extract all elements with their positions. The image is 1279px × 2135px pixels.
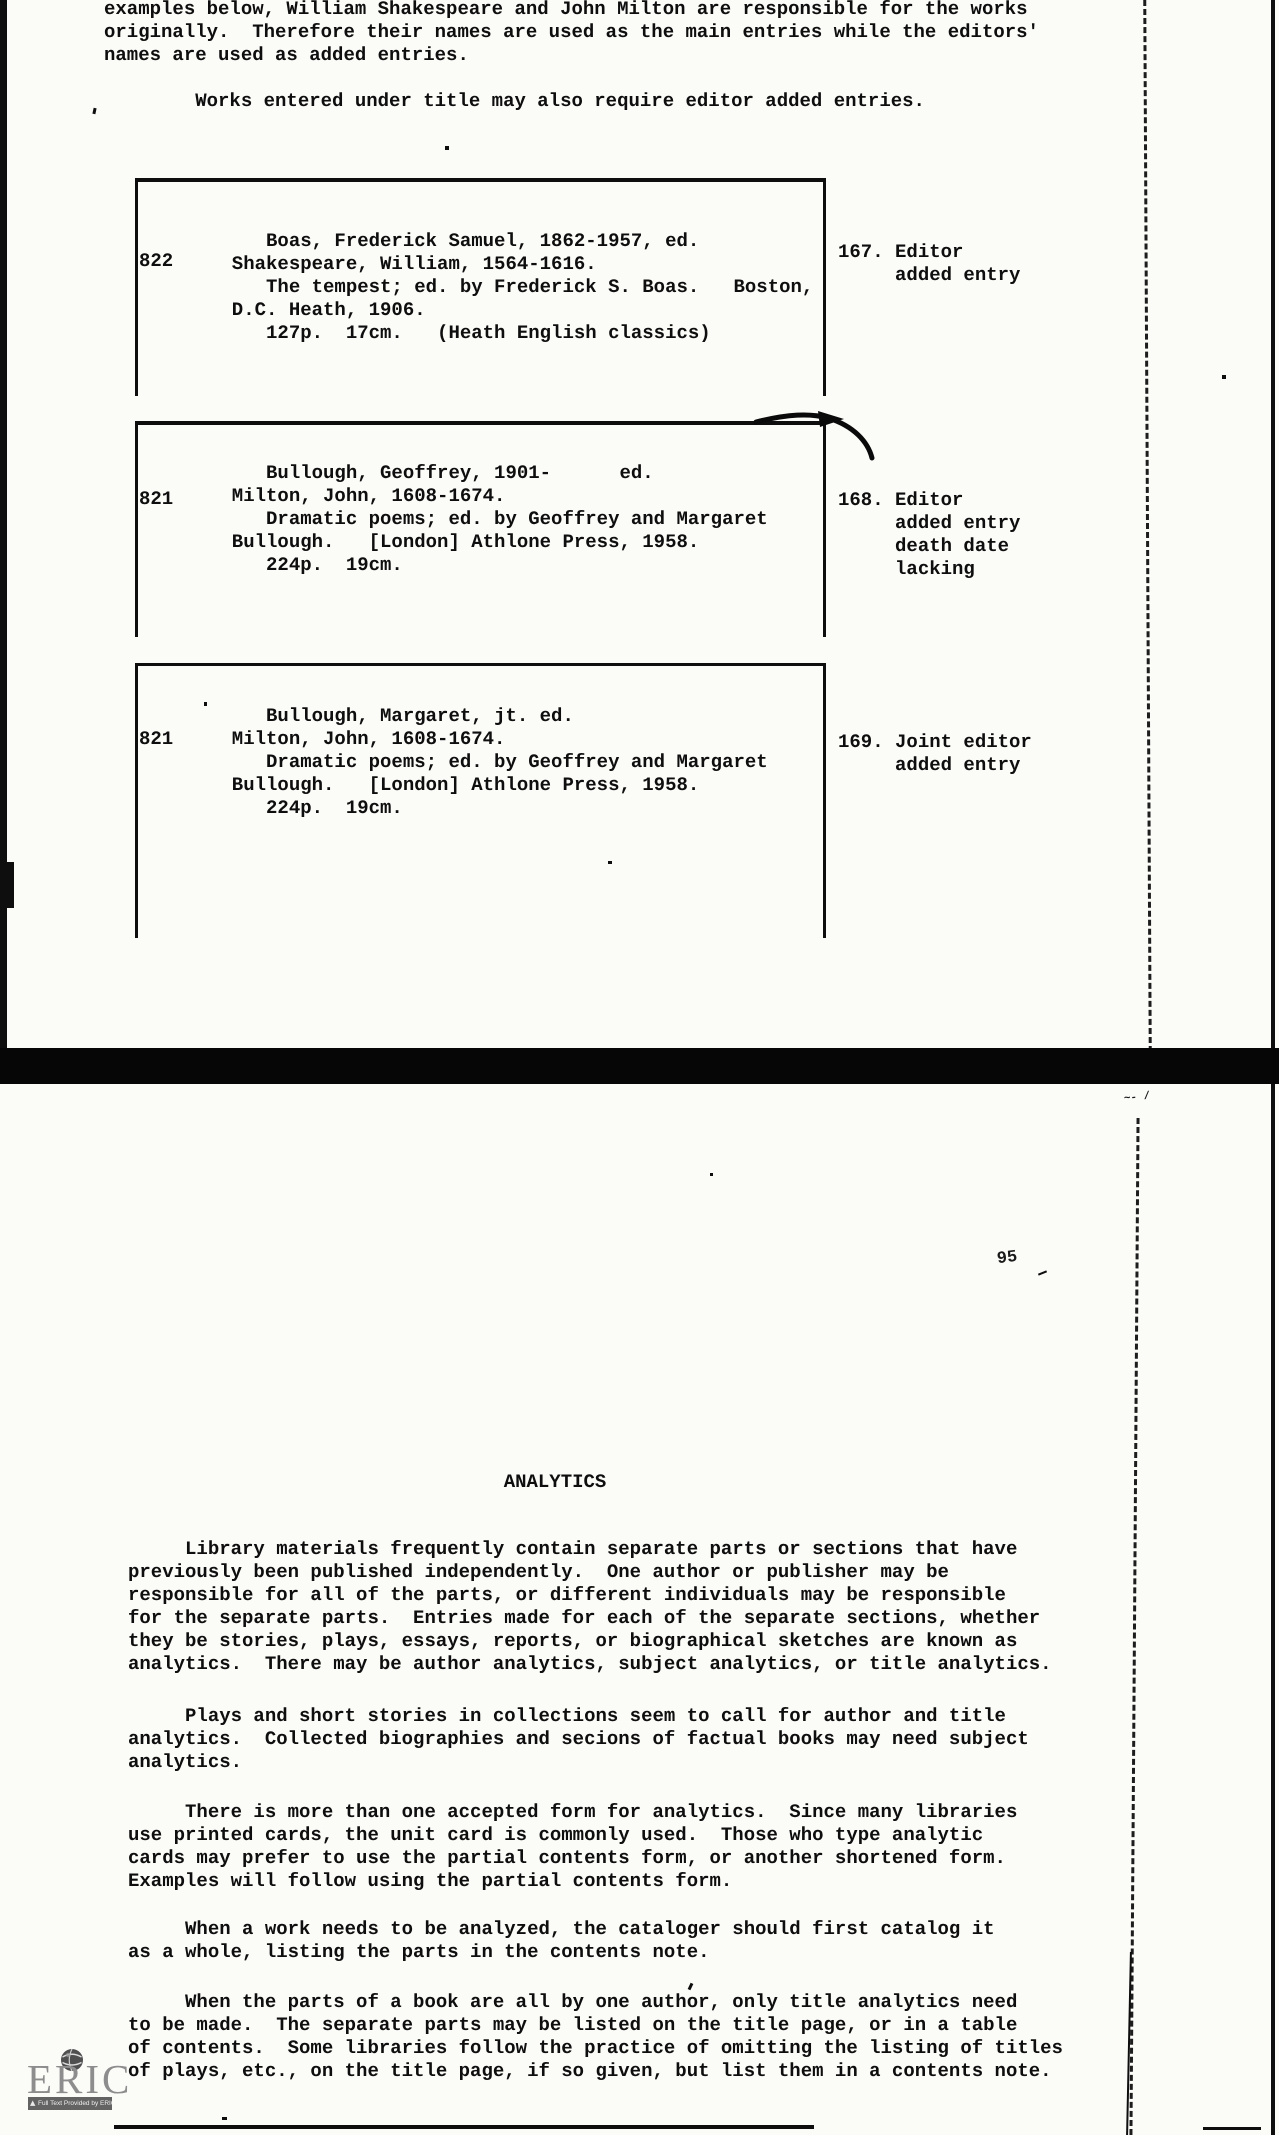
eric-logo-triangle-icon: ▲ bbox=[30, 2097, 35, 2110]
bottom-rule-dash bbox=[1203, 2127, 1261, 2130]
intro-paragraph: examples below, William Shakespeare and … bbox=[104, 0, 1039, 67]
analytics-paragraph-2: Plays and short stories in collections s… bbox=[128, 1705, 1029, 1774]
analytics-paragraph-1: Library materials frequently contain sep… bbox=[128, 1538, 1052, 1676]
scan-edge-left-blob bbox=[0, 862, 14, 908]
eric-logo-text: ERIC bbox=[27, 2060, 132, 2098]
card-3-call-number: 821 bbox=[139, 728, 173, 751]
analytics-paragraph-3: There is more than one accepted form for… bbox=[128, 1801, 1017, 1893]
scan-artifact-dot bbox=[222, 2117, 227, 2120]
eric-logo-tagline: Full Text Provided by ERIC bbox=[28, 2097, 112, 2110]
fold-dashed-line-top bbox=[1143, 0, 1152, 1052]
page-separator-band bbox=[0, 1048, 1279, 1084]
scan-artifact-dot bbox=[204, 702, 207, 706]
works-note-line: Works entered under title may also requi… bbox=[104, 90, 925, 113]
page-number-underscore bbox=[1038, 1270, 1047, 1275]
card-3-annotation: 169. Joint editor added entry bbox=[838, 731, 1032, 777]
analytics-heading: ANALYTICS bbox=[104, 1471, 1006, 1494]
card-3-text: Bullough, Margaret, jt. ed. Milton, John… bbox=[209, 705, 768, 820]
scan-artifact-comma bbox=[92, 108, 96, 114]
scan-artifact-dot bbox=[1222, 375, 1226, 379]
analytics-paragraph-4: When a work needs to be analyzed, the ca… bbox=[128, 1918, 995, 1964]
band-scribble-mark: ~- / bbox=[1123, 1089, 1151, 1109]
scan-artifact-dot bbox=[445, 146, 449, 150]
pen-stroke-arrow bbox=[752, 400, 902, 462]
card-1-call-number: 822 bbox=[139, 250, 173, 273]
card-2-annotation: 168. Editor added entry death date lacki… bbox=[838, 489, 1020, 581]
scan-artifact-mark bbox=[688, 1983, 694, 1991]
card-2-text: Bullough, Geoffrey, 1901- ed. Milton, Jo… bbox=[209, 462, 768, 577]
scan-artifact-dot bbox=[608, 861, 612, 864]
bottom-rule bbox=[114, 2125, 814, 2129]
card-1-annotation: 167. Editor added entry bbox=[838, 241, 1020, 287]
card-1-text: Boas, Frederick Samuel, 1862-1957, ed. S… bbox=[209, 230, 813, 345]
page-number-mark: 95 bbox=[996, 1249, 1018, 1268]
scanned-document-page: { "page": { "paper": "#fbfbf8", "ink": "… bbox=[0, 0, 1279, 2135]
card-2-call-number: 821 bbox=[139, 488, 173, 511]
analytics-paragraph-5: When the parts of a book are all by one … bbox=[128, 1991, 1063, 2083]
scan-artifact-dot bbox=[710, 1173, 713, 1176]
